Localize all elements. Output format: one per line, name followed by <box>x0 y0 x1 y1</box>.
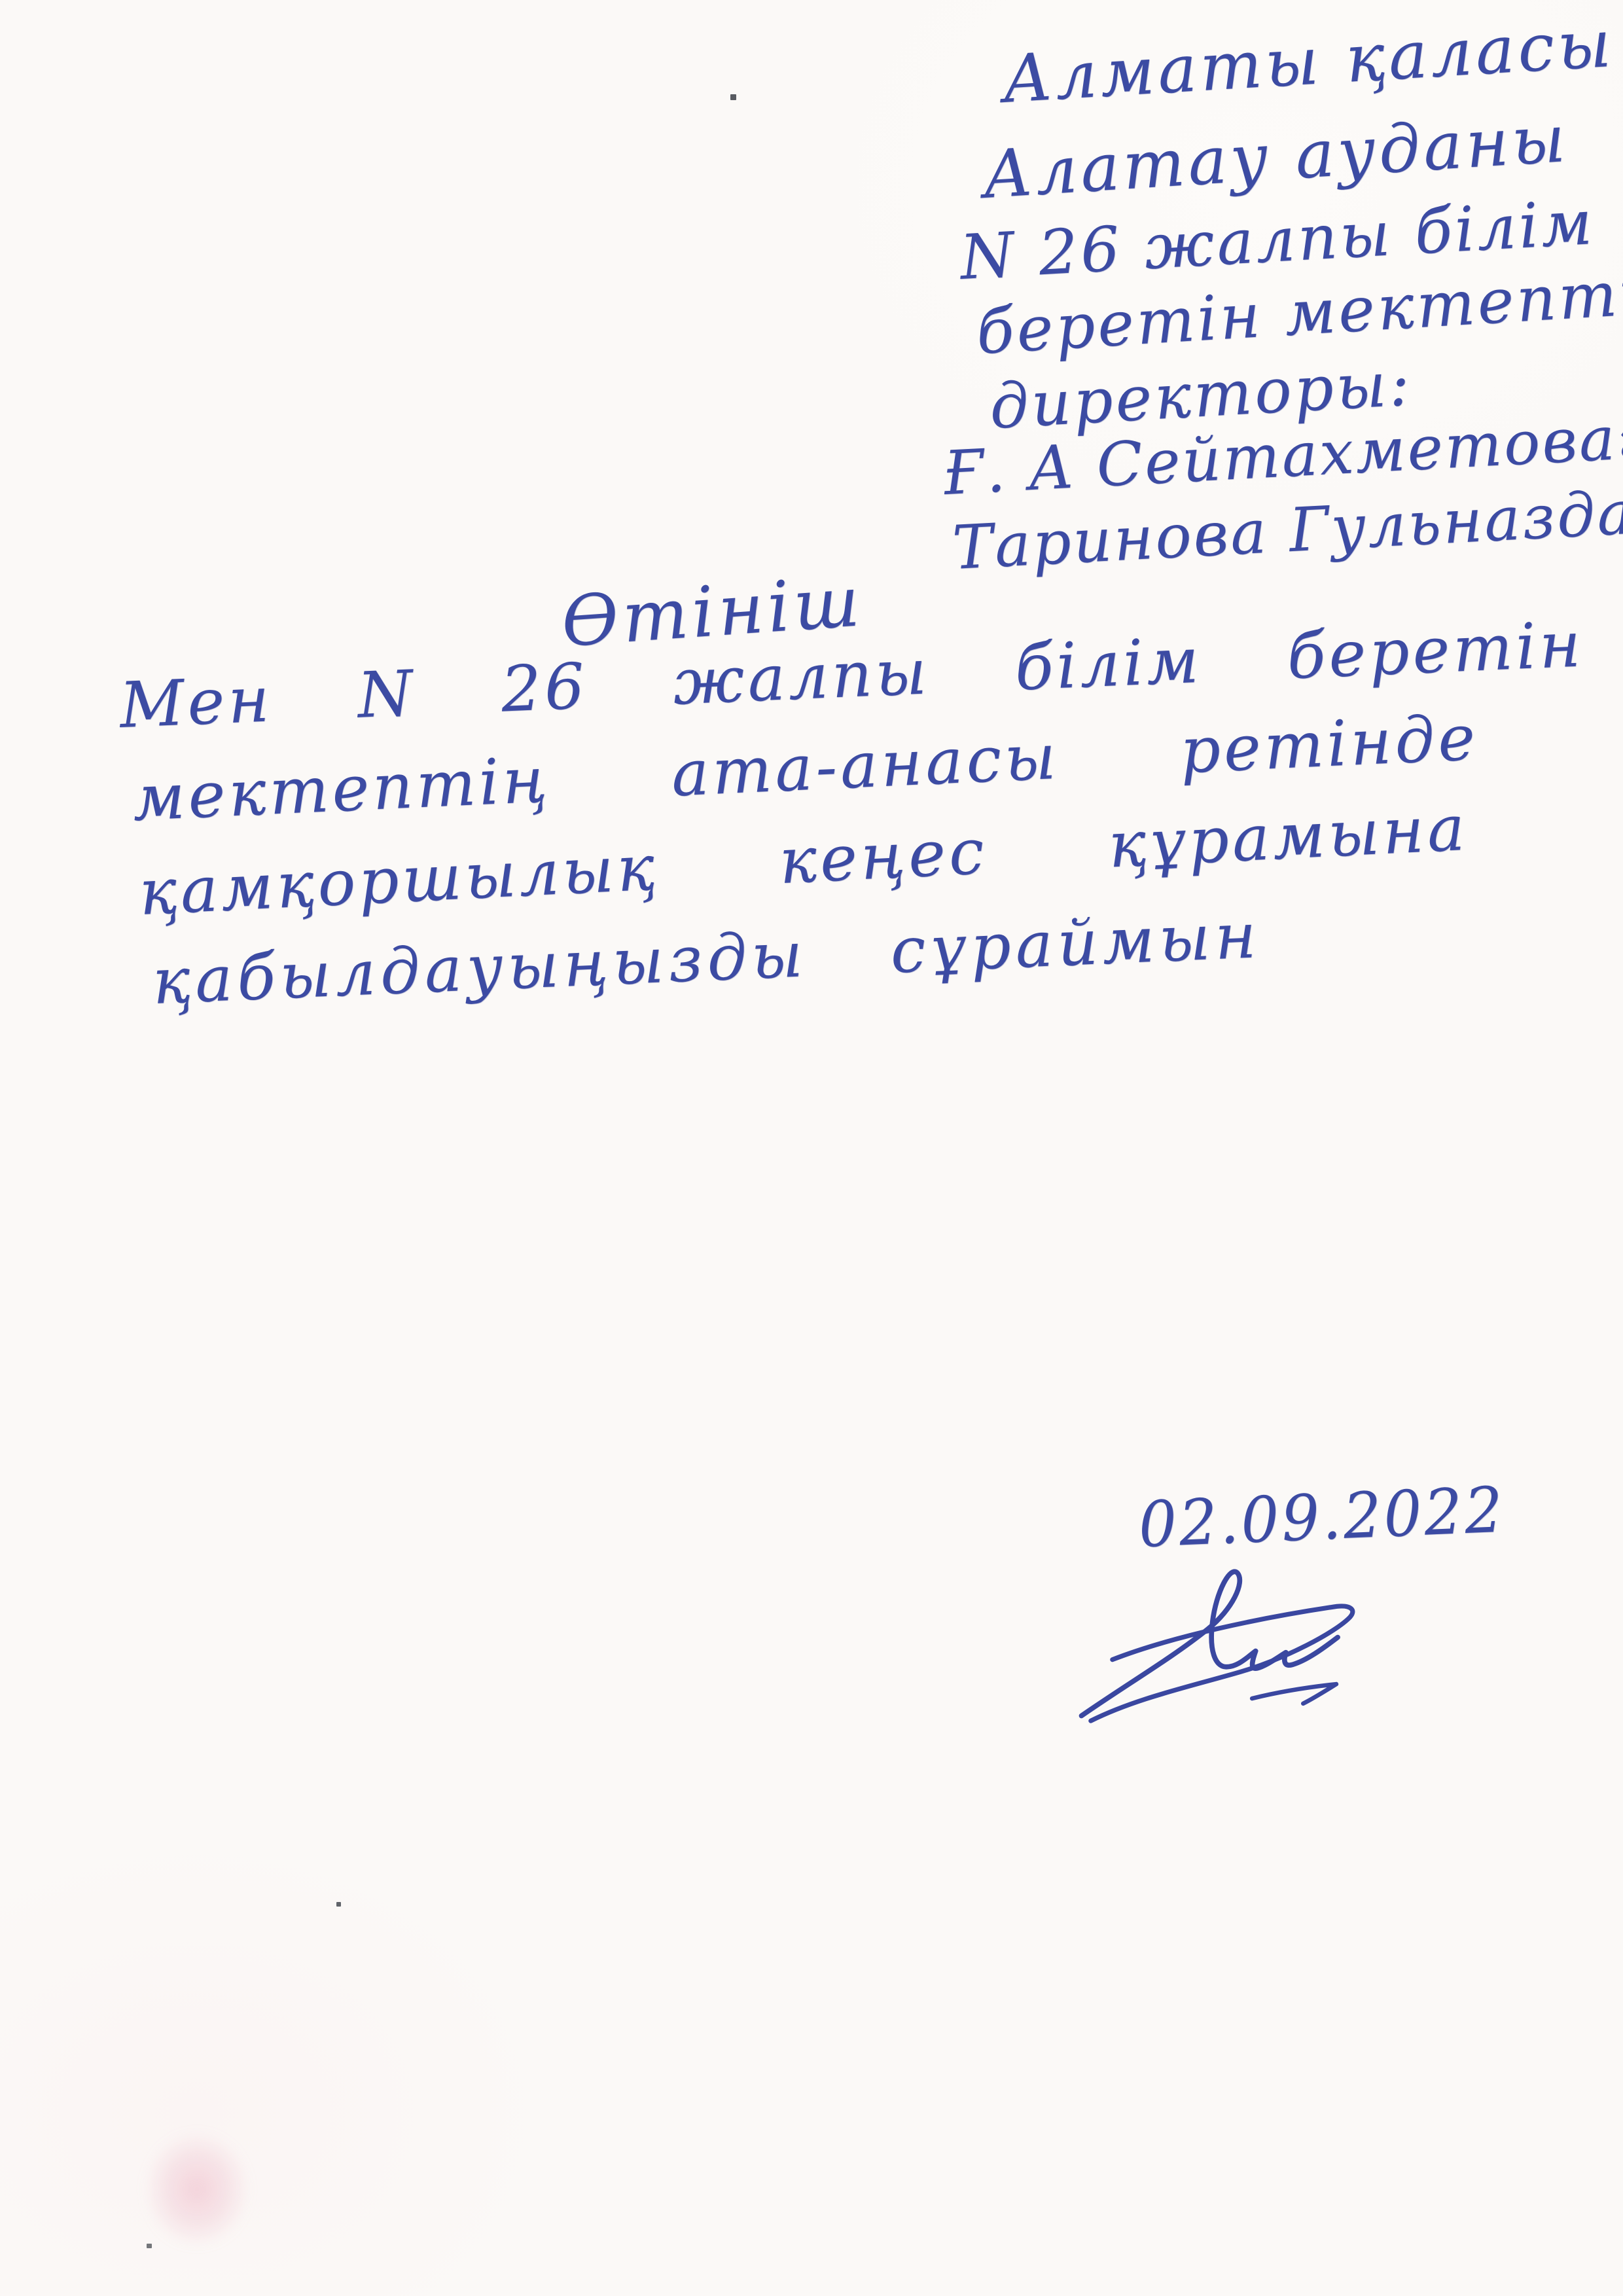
signature-stroke-main <box>1082 1571 1338 1715</box>
paper-speck <box>147 2244 152 2248</box>
pink-smudge <box>128 2114 266 2265</box>
paper-speck <box>336 1902 341 1907</box>
paper-speck <box>730 94 736 100</box>
letter-page: Алматы қаласы Алатау ауданы N 26 жалпы б… <box>0 0 1623 2296</box>
letter-date: 02.09.2022 <box>1137 1479 1507 1556</box>
signature <box>1071 1549 1359 1732</box>
signature-stroke-flourish <box>1252 1684 1336 1704</box>
recipient-line-city: Алматы қаласы <box>1001 11 1616 113</box>
